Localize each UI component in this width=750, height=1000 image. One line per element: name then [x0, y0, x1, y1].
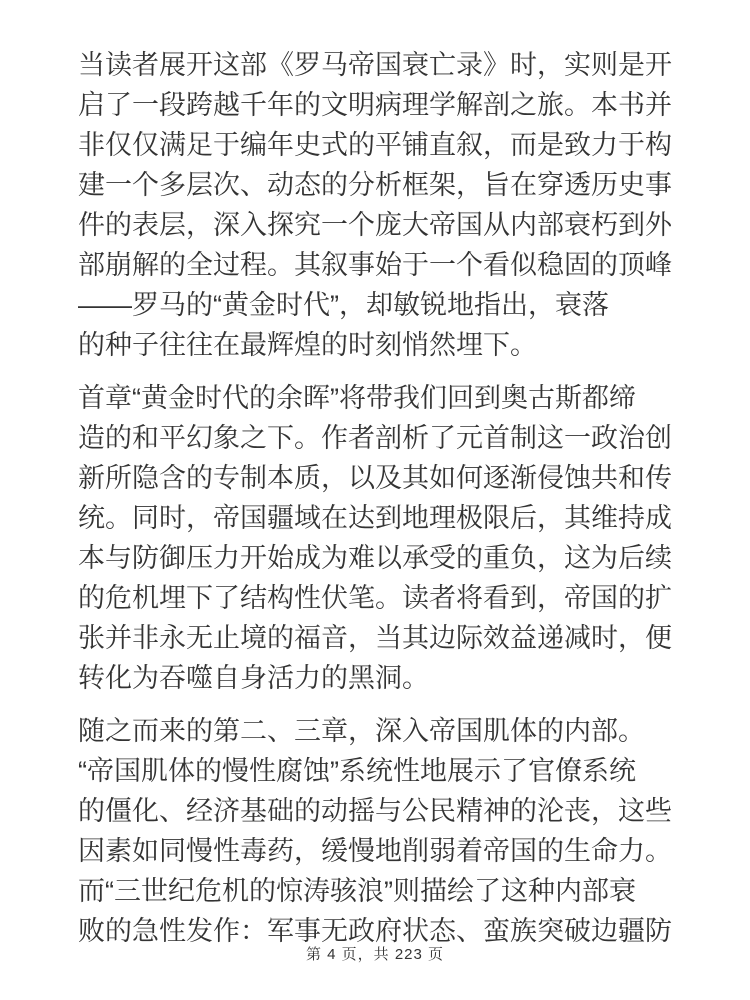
text-line: “帝国肌体的慢性腐蚀”系统性地展示了官僚系统 — [78, 751, 674, 791]
document-page: 当读者展开这部《罗马帝国衰亡录》时，实则是开启了一段跨越千年的文明病理学解剖之旅… — [0, 0, 750, 1000]
text-line: 而“三世纪危机的惊涛骇浪”则描绘了这种内部衰 — [78, 871, 674, 911]
text-line: 因素如同慢性毒药，缓慢地削弱着帝国的生命力。 — [78, 831, 674, 871]
text-line: 统。同时，帝国疆域在达到地理极限后，其维持成 — [78, 498, 674, 538]
text-line: 张并非永无止境的福音，当其边际效益递减时，便 — [78, 618, 674, 658]
text-line: 造的和平幻象之下。作者剖析了元首制这一政治创 — [78, 418, 674, 458]
text-line: 非仅仅满足于编年史式的平铺直叙，而是致力于构 — [78, 125, 674, 165]
text-line: 的僵化、经济基础的动摇与公民精神的沦丧，这些 — [78, 791, 674, 831]
text-line: 的危机埋下了结构性伏笔。读者将看到，帝国的扩 — [78, 578, 674, 618]
text-line: 部崩解的全过程。其叙事始于一个看似稳固的顶峰 — [78, 245, 674, 285]
text-line: 启了一段跨越千年的文明病理学解剖之旅。本书并 — [78, 85, 674, 125]
paragraph: 当读者展开这部《罗马帝国衰亡录》时，实则是开启了一段跨越千年的文明病理学解剖之旅… — [78, 45, 674, 365]
text-line: 建一个多层次、动态的分析框架，旨在穿透历史事 — [78, 165, 674, 205]
text-line: 转化为吞噬自身活力的黑洞。 — [78, 658, 674, 698]
text-line: 新所隐含的专制本质，以及其如何逐渐侵蚀共和传 — [78, 458, 674, 498]
text-line: ——罗马的“黄金时代”，却敏锐地指出，衰落 — [78, 285, 674, 325]
paragraph: 首章“黄金时代的余晖”将带我们回到奥古斯都缔造的和平幻象之下。作者剖析了元首制这… — [78, 378, 674, 698]
text-line: 当读者展开这部《罗马帝国衰亡录》时，实则是开 — [78, 45, 674, 85]
page-number-indicator: 第 4 页，共 223 页 — [0, 943, 750, 964]
text-line: 首章“黄金时代的余晖”将带我们回到奥古斯都缔 — [78, 378, 674, 418]
document-content: 当读者展开这部《罗马帝国衰亡录》时，实则是开启了一段跨越千年的文明病理学解剖之旅… — [78, 45, 674, 964]
text-line: 随之而来的第二、三章，深入帝国肌体的内部。 — [78, 711, 674, 751]
text-line: 的种子往往在最辉煌的时刻悄然埋下。 — [78, 325, 674, 365]
paragraph: 随之而来的第二、三章，深入帝国肌体的内部。“帝国肌体的慢性腐蚀”系统性地展示了官… — [78, 711, 674, 951]
text-line: 本与防御压力开始成为难以承受的重负，这为后续 — [78, 538, 674, 578]
text-line: 件的表层，深入探究一个庞大帝国从内部衰朽到外 — [78, 205, 674, 245]
